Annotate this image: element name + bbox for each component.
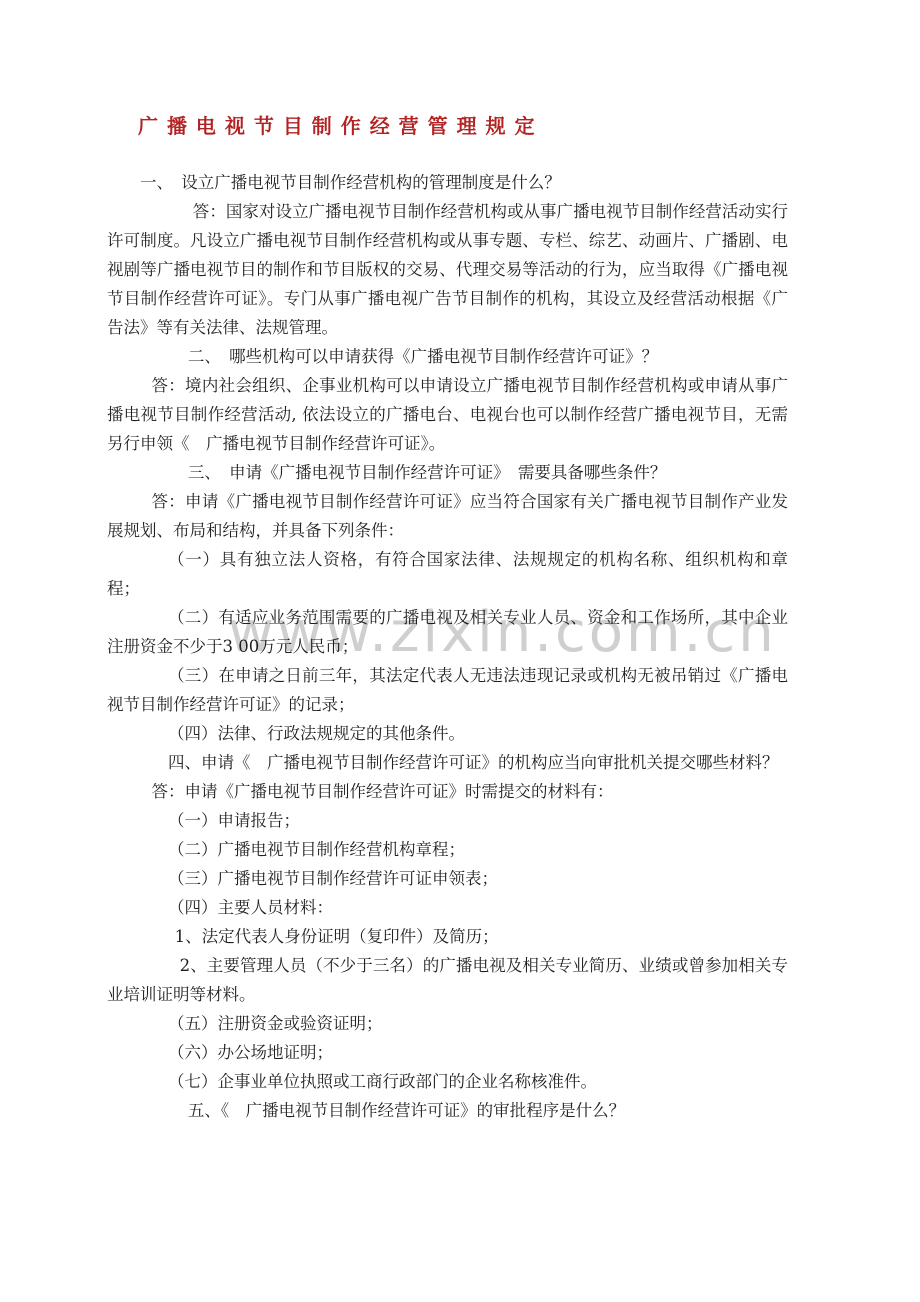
answer-4-subitem-2: 2、主要管理人员（不少于三名）的广播电视及相关专业简历、业绩或曾参加相关专业培训…: [107, 951, 788, 1009]
document-body: 一、 设立广播电视节目制作经营机构的管理制度是什么？ 答：国家对设立广播电视节目…: [107, 168, 788, 1125]
page-title: 广 播 电 视 节 目 制 作 经 营 管 理 规 定: [138, 113, 920, 139]
answer-4-item-5: （五）注册资金或验资证明；: [107, 1009, 788, 1038]
answer-3-item-2: （二）有适应业务范围需要的广播电视及相关专业人员、资金和工作场所，其中企业注册资…: [107, 603, 788, 661]
answer-4-item-3: （三）广播电视节目制作经营许可证申领表；: [107, 864, 788, 893]
answer-4-item-1: （一）申请报告；: [107, 806, 788, 835]
question-5: 五、《 广播电视节目制作经营许可证》的审批程序是什么？: [107, 1096, 788, 1125]
answer-3-intro: 答：申请《广播电视节目制作经营许可证》应当符合国家有关广播电视节目制作产业发展规…: [107, 487, 788, 545]
answer-4-intro: 答：申请《广播电视节目制作经营许可证》时需提交的材料有：: [107, 777, 788, 806]
answer-4-item-6: （六）办公场地证明；: [107, 1038, 788, 1067]
answer-3-item-3: （三）在申请之日前三年，其法定代表人无违法违现记录或机构无被吊销过《广播电视节目…: [107, 661, 788, 719]
answer-4-item-2: （二）广播电视节目制作经营机构章程；: [107, 835, 788, 864]
answer-4-item-4: （四）主要人员材料：: [107, 893, 788, 922]
question-3: 三、 申请《广播电视节目制作经营许可证》 需要具备哪些条件？: [107, 458, 788, 487]
answer-4-subitem-1: 1、法定代表人身份证明（复印件）及简历；: [107, 922, 788, 951]
answer-2: 答：境内社会组织、企事业机构可以申请设立广播电视节目制作经营机构或申请从事广播电…: [107, 371, 788, 458]
document-page: www.zixin.com.cn 广 播 电 视 节 目 制 作 经 营 管 理…: [0, 0, 920, 1302]
answer-1: 答：国家对设立广播电视节目制作经营机构或从事广播电视节目制作经营活动实行许可制度…: [107, 197, 788, 342]
answer-4-item-7: （七）企事业单位执照或工商行政部门的企业名称核准件。: [107, 1067, 788, 1096]
question-2: 二、 哪些机构可以申请获得《广播电视节目制作经营许可证》？: [107, 342, 788, 371]
question-1: 一、 设立广播电视节目制作经营机构的管理制度是什么？: [107, 168, 788, 197]
question-4: 四、申请《 广播电视节目制作经营许可证》的机构应当向审批机关提交哪些材料？: [107, 748, 788, 777]
answer-3-item-4: （四）法律、行政法规规定的其他条件。: [107, 719, 788, 748]
answer-3-item-1: （一）具有独立法人资格，有符合国家法律、法规规定的机构名称、组织机构和章程；: [107, 545, 788, 603]
